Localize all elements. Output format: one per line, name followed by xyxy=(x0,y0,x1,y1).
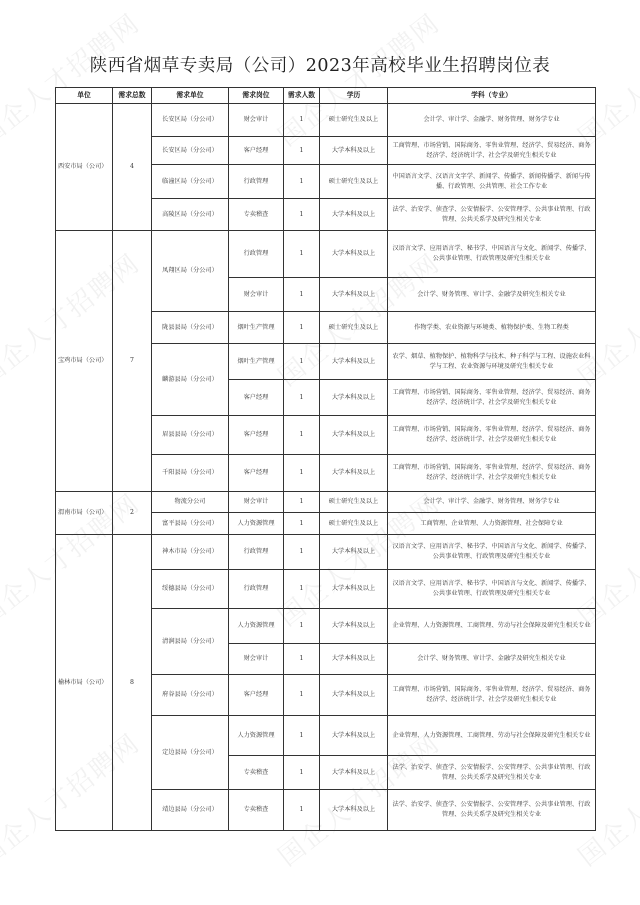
count-cell: 1 xyxy=(284,199,320,231)
major-cell: 会计学、审计学、金融学、财务管理、财务学专业 xyxy=(388,104,596,137)
subunit-cell: 长安区局（分公司） xyxy=(152,104,229,137)
count-cell: 1 xyxy=(284,231,320,278)
subunit-cell: 眉县县局（分公司） xyxy=(152,416,229,455)
count-cell: 1 xyxy=(284,137,320,165)
post-cell: 专卖稽查 xyxy=(229,790,284,831)
post-cell: 行政管理 xyxy=(229,165,284,199)
education-cell: 大学本科及以上 xyxy=(320,231,388,278)
total-cell: 8 xyxy=(113,535,152,831)
major-cell: 工商管理、市场营销、国际商务、零售业管理、经济学、贸易经济、商务经济学、经济统计… xyxy=(388,675,596,716)
post-cell: 客户经理 xyxy=(229,380,284,416)
post-cell: 人力资源管理 xyxy=(229,513,284,535)
post-cell: 客户经理 xyxy=(229,416,284,455)
post-cell: 烟叶生产管理 xyxy=(229,312,284,344)
education-cell: 大学本科及以上 xyxy=(320,716,388,756)
unit-cell: 宝鸡市局（公司） xyxy=(56,231,113,492)
table-header-row: 单位 需求总数 需求单位 需求岗位 需求人数 学历 学科（专业） xyxy=(56,88,596,104)
major-cell: 会计学、财务管理、审计学、金融学及研究生相关专业 xyxy=(388,644,596,675)
count-cell: 1 xyxy=(284,492,320,513)
major-cell: 会计学、财务管理、审计学、金融学及研究生相关专业 xyxy=(388,278,596,312)
count-cell: 1 xyxy=(284,756,320,790)
major-cell: 工商管理、市场营销、国际商务、零售业管理、经济学、贸易经济、商务经济学、经济统计… xyxy=(388,416,596,455)
count-cell: 1 xyxy=(284,278,320,312)
education-cell: 大学本科及以上 xyxy=(320,137,388,165)
education-cell: 大学本科及以上 xyxy=(320,570,388,609)
subunit-cell: 靖边县局（分公司） xyxy=(152,790,229,831)
header-total: 需求总数 xyxy=(113,88,152,104)
major-cell: 工商管理、企业管理、人力资源管理、社会保障专业 xyxy=(388,513,596,535)
major-cell: 企业管理、人力资源管理、工商管理、劳动与社会保障及研究生相关专业 xyxy=(388,609,596,644)
table-row: 榆林市局（公司）8神木市局（分公司）行政管理1大学本科及以上汉语言文学、应用语言… xyxy=(56,535,596,570)
subunit-cell: 陇县县局（分公司） xyxy=(152,312,229,344)
education-cell: 硕士研究生及以上 xyxy=(320,513,388,535)
major-cell: 作物学类、农业资源与环境类、植物保护类、生物工程类 xyxy=(388,312,596,344)
post-cell: 人力资源管理 xyxy=(229,609,284,644)
count-cell: 1 xyxy=(284,380,320,416)
major-cell: 工商管理、市场营销、国际商务、零售业管理、经济学、贸易经济、商务经济学、经济统计… xyxy=(388,380,596,416)
subunit-cell: 千阳县局（分公司） xyxy=(152,455,229,492)
post-cell: 专卖稽查 xyxy=(229,199,284,231)
education-cell: 硕士研究生及以上 xyxy=(320,492,388,513)
education-cell: 硕士研究生及以上 xyxy=(320,165,388,199)
post-cell: 财会审计 xyxy=(229,104,284,137)
subunit-cell: 清涧县局（分公司） xyxy=(152,609,229,675)
total-cell: 7 xyxy=(113,231,152,492)
subunit-cell: 绥德县局（分公司） xyxy=(152,570,229,609)
major-cell: 法学、治安学、侦查学、公安情报学、公安管理学、公共事业管理、行政管理、公共关系学… xyxy=(388,199,596,231)
major-cell: 工商管理、市场营销、国际商务、零售业管理、经济学、贸易经济、商务经济学、经济统计… xyxy=(388,455,596,492)
education-cell: 大学本科及以上 xyxy=(320,790,388,831)
education-cell: 大学本科及以上 xyxy=(320,416,388,455)
subunit-cell: 高陵区局（分公司） xyxy=(152,199,229,231)
major-cell: 法学、治安学、侦查学、公安情报学、公安管理学、公共事业管理、行政管理、公共关系学… xyxy=(388,790,596,831)
unit-cell: 西安市局（公司） xyxy=(56,104,113,231)
major-cell: 汉语言文学、应用语言学、秘书学、中国语言与文化、新闻学、传播学、公共事业管理、行… xyxy=(388,231,596,278)
post-cell: 客户经理 xyxy=(229,455,284,492)
count-cell: 1 xyxy=(284,104,320,137)
count-cell: 1 xyxy=(284,416,320,455)
major-cell: 企业管理、人力资源管理、工商管理、劳动与社会保障及研究生相关专业 xyxy=(388,716,596,756)
post-cell: 财会审计 xyxy=(229,278,284,312)
count-cell: 1 xyxy=(284,455,320,492)
header-subunit: 需求单位 xyxy=(152,88,229,104)
table-row: 宝鸡市局（公司）7凤翔区局（分公司）行政管理1大学本科及以上汉语言文学、应用语言… xyxy=(56,231,596,278)
subunit-cell: 定边县局（分公司） xyxy=(152,716,229,790)
major-cell: 汉语言文学、应用语言学、秘书学、中国语言与文化、新闻学、传播学、公共事业管理、行… xyxy=(388,535,596,570)
post-cell: 行政管理 xyxy=(229,570,284,609)
education-cell: 大学本科及以上 xyxy=(320,455,388,492)
major-cell: 汉语言文学、应用语言学、秘书学、中国语言与文化、新闻学、传播学、公共事业管理、行… xyxy=(388,570,596,609)
major-cell: 工商管理、市场营销、国际商务、零售业管理、经济学、贸易经济、商务经济学、经济统计… xyxy=(388,137,596,165)
unit-cell: 榆林市局（公司） xyxy=(56,535,113,831)
recruitment-table: 单位 需求总数 需求单位 需求岗位 需求人数 学历 学科（专业） 西安市局（公司… xyxy=(55,87,596,831)
education-cell: 大学本科及以上 xyxy=(320,535,388,570)
total-cell: 2 xyxy=(113,492,152,535)
count-cell: 1 xyxy=(284,644,320,675)
header-major: 学科（专业） xyxy=(388,88,596,104)
major-cell: 会计学、审计学、金融学、财务管理、财务学专业 xyxy=(388,492,596,513)
count-cell: 1 xyxy=(284,165,320,199)
count-cell: 1 xyxy=(284,513,320,535)
education-cell: 大学本科及以上 xyxy=(320,380,388,416)
post-cell: 专卖稽查 xyxy=(229,756,284,790)
count-cell: 1 xyxy=(284,535,320,570)
count-cell: 1 xyxy=(284,675,320,716)
page-title: 陕西省烟草专卖局（公司）2023年高校毕业生招聘岗位表 xyxy=(0,52,640,77)
post-cell: 财会审计 xyxy=(229,644,284,675)
subunit-cell: 富平县局（分公司） xyxy=(152,513,229,535)
post-cell: 人力资源管理 xyxy=(229,716,284,756)
count-cell: 1 xyxy=(284,609,320,644)
header-post: 需求岗位 xyxy=(229,88,284,104)
post-cell: 行政管理 xyxy=(229,535,284,570)
major-cell: 农学、烟草、植物保护、植物科学与技术、种子科学与工程、设施农业科学与工程、农业资… xyxy=(388,344,596,380)
table-row: 渭南市局（公司）2物流分公司财会审计1硕士研究生及以上会计学、审计学、金融学、财… xyxy=(56,492,596,513)
education-cell: 大学本科及以上 xyxy=(320,756,388,790)
count-cell: 1 xyxy=(284,344,320,380)
post-cell: 客户经理 xyxy=(229,137,284,165)
count-cell: 1 xyxy=(284,312,320,344)
count-cell: 1 xyxy=(284,790,320,831)
subunit-cell: 临潼区局（分公司） xyxy=(152,165,229,199)
education-cell: 硕士研究生及以上 xyxy=(320,312,388,344)
education-cell: 大学本科及以上 xyxy=(320,278,388,312)
education-cell: 大学本科及以上 xyxy=(320,199,388,231)
subunit-cell: 府谷县局（分公司） xyxy=(152,675,229,716)
subunit-cell: 神木市局（分公司） xyxy=(152,535,229,570)
unit-cell: 渭南市局（公司） xyxy=(56,492,113,535)
major-cell: 中国语言文学、汉语言文字学、新闻学、传播学、新闻传播学、新闻与传播、行政管理、公… xyxy=(388,165,596,199)
subunit-cell: 麟游县局（分公司） xyxy=(152,344,229,416)
header-unit: 单位 xyxy=(56,88,113,104)
post-cell: 烟叶生产管理 xyxy=(229,344,284,380)
count-cell: 1 xyxy=(284,570,320,609)
major-cell: 法学、治安学、侦查学、公安情报学、公安管理学、公共事业管理、行政管理、公共关系学… xyxy=(388,756,596,790)
education-cell: 硕士研究生及以上 xyxy=(320,104,388,137)
subunit-cell: 长安区局（分公司） xyxy=(152,137,229,165)
total-cell: 4 xyxy=(113,104,152,231)
education-cell: 大学本科及以上 xyxy=(320,644,388,675)
post-cell: 财会审计 xyxy=(229,492,284,513)
subunit-cell: 凤翔区局（分公司） xyxy=(152,231,229,312)
education-cell: 大学本科及以上 xyxy=(320,344,388,380)
education-cell: 大学本科及以上 xyxy=(320,675,388,716)
subunit-cell: 物流分公司 xyxy=(152,492,229,513)
post-cell: 客户经理 xyxy=(229,675,284,716)
post-cell: 行政管理 xyxy=(229,231,284,278)
header-education: 学历 xyxy=(320,88,388,104)
count-cell: 1 xyxy=(284,716,320,756)
header-count: 需求人数 xyxy=(284,88,320,104)
table-row: 西安市局（公司）4长安区局（分公司）财会审计1硕士研究生及以上会计学、审计学、金… xyxy=(56,104,596,137)
education-cell: 大学本科及以上 xyxy=(320,609,388,644)
